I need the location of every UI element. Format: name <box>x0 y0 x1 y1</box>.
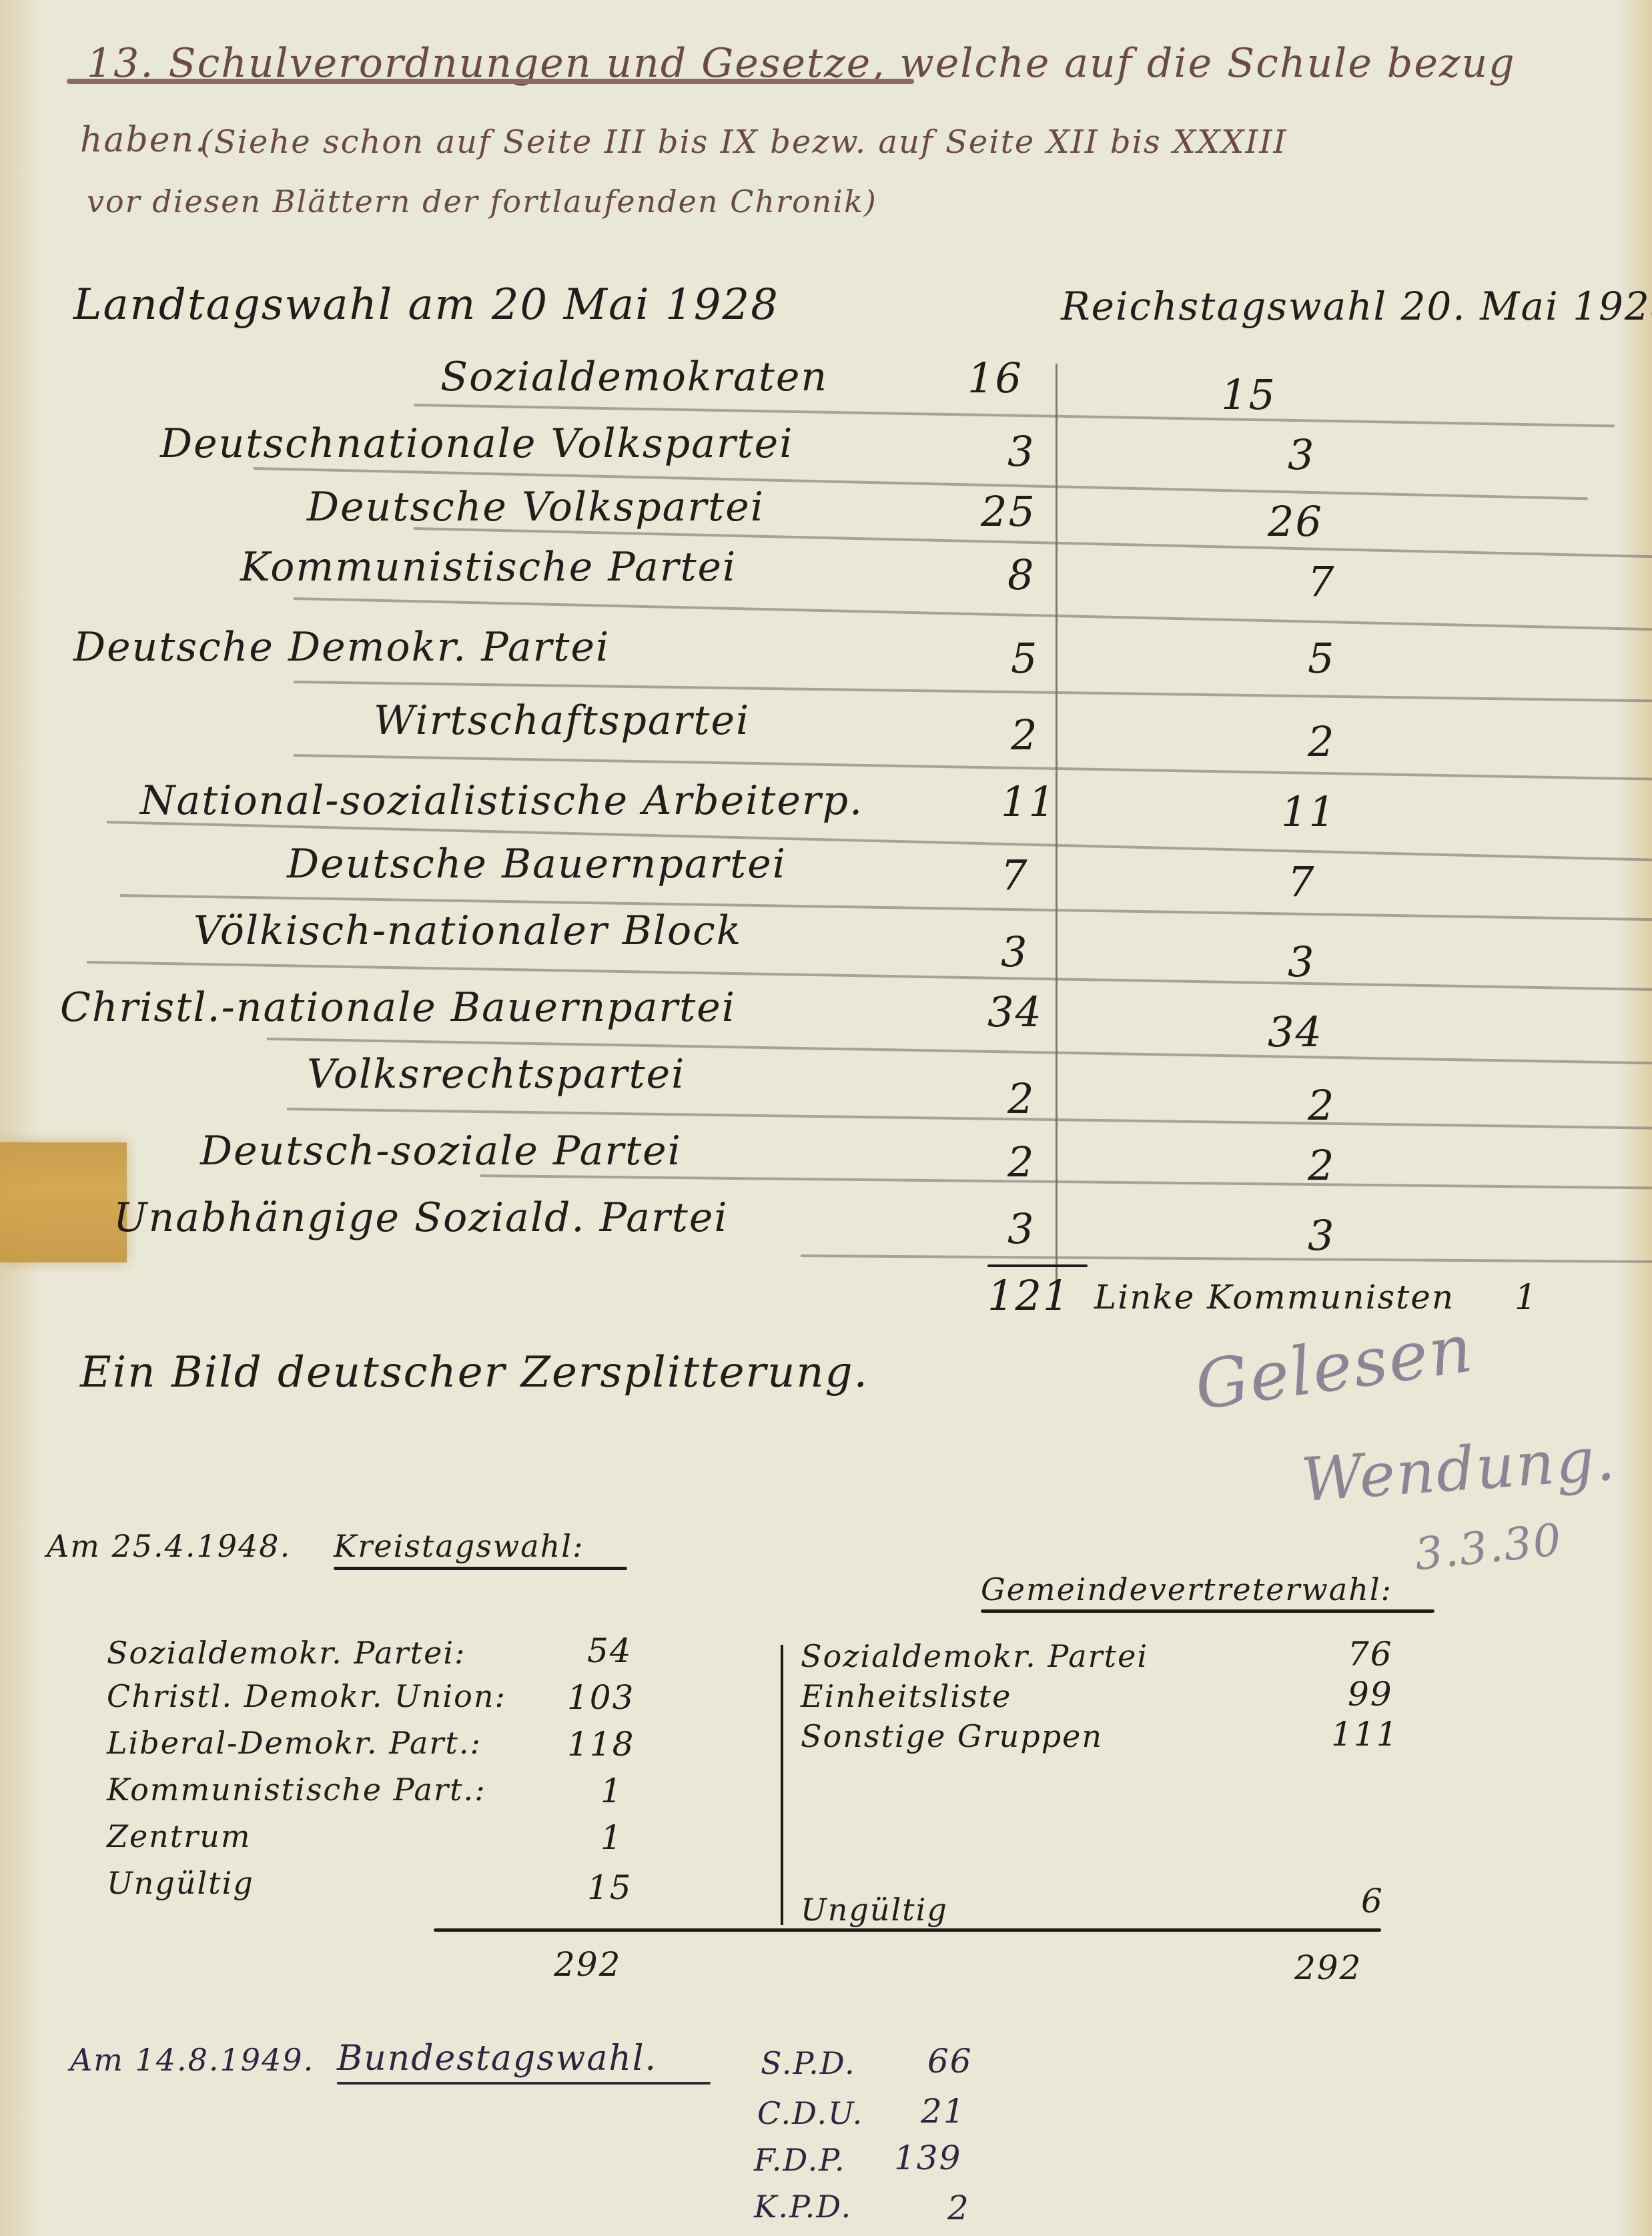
kreistag-value: 103 <box>567 1678 635 1717</box>
party-label: Völkisch-nationaler Block <box>193 907 742 954</box>
party-label: Wirtschaftspartei <box>374 697 750 744</box>
gemeinde-underline <box>981 1609 1434 1613</box>
ruled-line <box>801 1254 1652 1263</box>
reichstag-value: 3 <box>1308 1211 1335 1260</box>
gemeinde-value: 99 <box>1348 1675 1393 1714</box>
table-1948-divider <box>781 1645 783 1925</box>
ruled-line <box>294 754 1652 781</box>
bundestag-party: F.D.P. <box>754 2142 846 2178</box>
bundestag-value: 66 <box>927 2042 973 2081</box>
kreistag-party: Ungültig <box>107 1865 254 1901</box>
ruled-line <box>287 1108 1652 1130</box>
kreistag-value: 54 <box>587 1631 633 1670</box>
kreistag-value: 1 <box>600 1818 623 1857</box>
gemeinde-total: 292 <box>1294 1948 1362 1987</box>
bundestag-value: 2 <box>947 2189 970 2227</box>
pencil-note-line1: Gelesen <box>1190 1309 1478 1425</box>
kreistag-party: Kommunistische Part.: <box>107 1772 486 1808</box>
total-1928: 121 <box>987 1271 1070 1320</box>
kreistag-value: 15 <box>587 1868 633 1907</box>
pencil-note-line2: Wendung. <box>1299 1424 1618 1516</box>
gemeinde-value: 111 <box>1331 1715 1398 1754</box>
reichstag-value: 26 <box>1268 497 1323 546</box>
reichstag-value: 34 <box>1268 1008 1323 1056</box>
bundestag-underline <box>337 2082 711 2085</box>
reichstag-value: 3 <box>1288 938 1315 986</box>
reichstag-value: 11 <box>1281 787 1336 836</box>
party-label: Deutsche Demokr. Partei <box>73 624 610 671</box>
kreistag-underline <box>334 1567 627 1570</box>
kreistag-party: Christl. Demokr. Union: <box>107 1678 506 1714</box>
landtag-1928-title: Landtagswahl am 20 Mai 1928 <box>73 280 779 330</box>
kreistag-title: Kreistagswahl: <box>334 1528 584 1564</box>
party-label: Sozialdemokraten <box>440 354 828 400</box>
ruled-line <box>480 1174 1652 1189</box>
landtag-value: 3 <box>1007 427 1035 476</box>
heading-underline <box>67 79 914 84</box>
reichstag-1928-title: Reichstagswahl 20. Mai 1928 <box>1061 284 1652 329</box>
party-label: Deutschnationale Volkspartei <box>160 420 793 467</box>
reichstag-value: 3 <box>1288 430 1315 479</box>
section-heading-line2-start: haben. <box>80 120 208 160</box>
gemeinde-party: Ungültig <box>801 1892 948 1928</box>
kreistag-party: Zentrum <box>107 1818 252 1854</box>
gemeinde-value: 6 <box>1361 1882 1384 1920</box>
party-label: Deutsche Volkspartei <box>307 484 765 530</box>
landtag-value: 2 <box>1007 1074 1035 1123</box>
chronicle-page: 13. Schulverordnungen und Gesetze, welch… <box>0 0 1652 2236</box>
party-label: Christl.-nationale Bauernpartei <box>60 984 736 1031</box>
party-label: Deutsch-soziale Partei <box>200 1128 682 1174</box>
landtag-value: 8 <box>1007 550 1035 599</box>
reichstag-value: 15 <box>1221 370 1276 419</box>
extra-note: Linke Kommunisten <box>1094 1278 1455 1317</box>
pencil-note-date: 3.3.30 <box>1412 1514 1565 1581</box>
gemeinde-value: 76 <box>1348 1635 1393 1673</box>
landtag-value: 7 <box>1001 851 1028 899</box>
kreistag-party: Liberal-Demokr. Part.: <box>107 1725 482 1761</box>
bundestag-value: 139 <box>894 2139 961 2177</box>
date-1949: Am 14.8.1949. <box>70 2042 314 2078</box>
bundestag-title: Bundestagswahl. <box>337 2038 657 2079</box>
bundestag-party: S.P.D. <box>761 2045 856 2081</box>
remark: Ein Bild deutscher Zersplitterung. <box>80 1348 869 1397</box>
gemeinde-party: Sozialdemokr. Partei <box>801 1638 1148 1674</box>
sum-line-1948 <box>434 1928 1381 1932</box>
kreistag-party: Sozialdemokr. Partei: <box>107 1635 466 1671</box>
party-label: Kommunistische Partei <box>240 544 737 591</box>
bundestag-party: C.D.U. <box>757 2095 863 2131</box>
column-divider <box>1056 364 1058 1298</box>
landtag-value: 34 <box>987 988 1043 1036</box>
landtag-value: 25 <box>981 487 1036 536</box>
kreistag-total: 292 <box>554 1945 621 1984</box>
extra-value: 1 <box>1515 1278 1538 1318</box>
landtag-value: 11 <box>1001 777 1056 826</box>
reichstag-value: 7 <box>1288 857 1315 906</box>
section-heading-line2-paren: (Siehe schon auf Seite III bis IX bezw. … <box>200 123 1287 161</box>
landtag-value: 3 <box>1001 927 1028 976</box>
gemeinde-party: Sonstige Gruppen <box>801 1718 1103 1754</box>
landtag-value: 5 <box>1011 634 1038 683</box>
bundestag-value: 21 <box>921 2092 966 2131</box>
gemeinde-party: Einheitsliste <box>801 1678 1011 1714</box>
party-label: Volksrechtspartei <box>307 1051 685 1098</box>
landtag-value: 2 <box>1011 711 1038 759</box>
reichstag-value: 7 <box>1308 557 1335 606</box>
kreistag-value: 118 <box>567 1725 635 1764</box>
landtag-value: 3 <box>1007 1204 1035 1253</box>
kreistag-value: 1 <box>600 1772 623 1810</box>
gemeinde-title: Gemeindevertreterwahl: <box>981 1571 1392 1607</box>
landtag-value: 16 <box>967 354 1023 402</box>
party-label: Deutsche Bauernpartei <box>287 841 787 887</box>
date-1948: Am 25.4.1948. <box>47 1528 291 1564</box>
reichstag-value: 2 <box>1308 1141 1335 1190</box>
adhesive-tape <box>0 1142 127 1262</box>
section-heading-line3: vor diesen Blättern der fortlaufenden Ch… <box>87 183 877 220</box>
reichstag-value: 5 <box>1308 634 1335 683</box>
party-label: National-sozialistische Arbeiterp. <box>140 777 863 824</box>
landtag-value: 2 <box>1007 1138 1035 1186</box>
reichstag-value: 2 <box>1308 717 1335 766</box>
bundestag-party: K.P.D. <box>754 2189 852 2225</box>
party-label: Unabhängige Soziald. Partei <box>113 1194 729 1241</box>
sum-line <box>987 1264 1088 1267</box>
